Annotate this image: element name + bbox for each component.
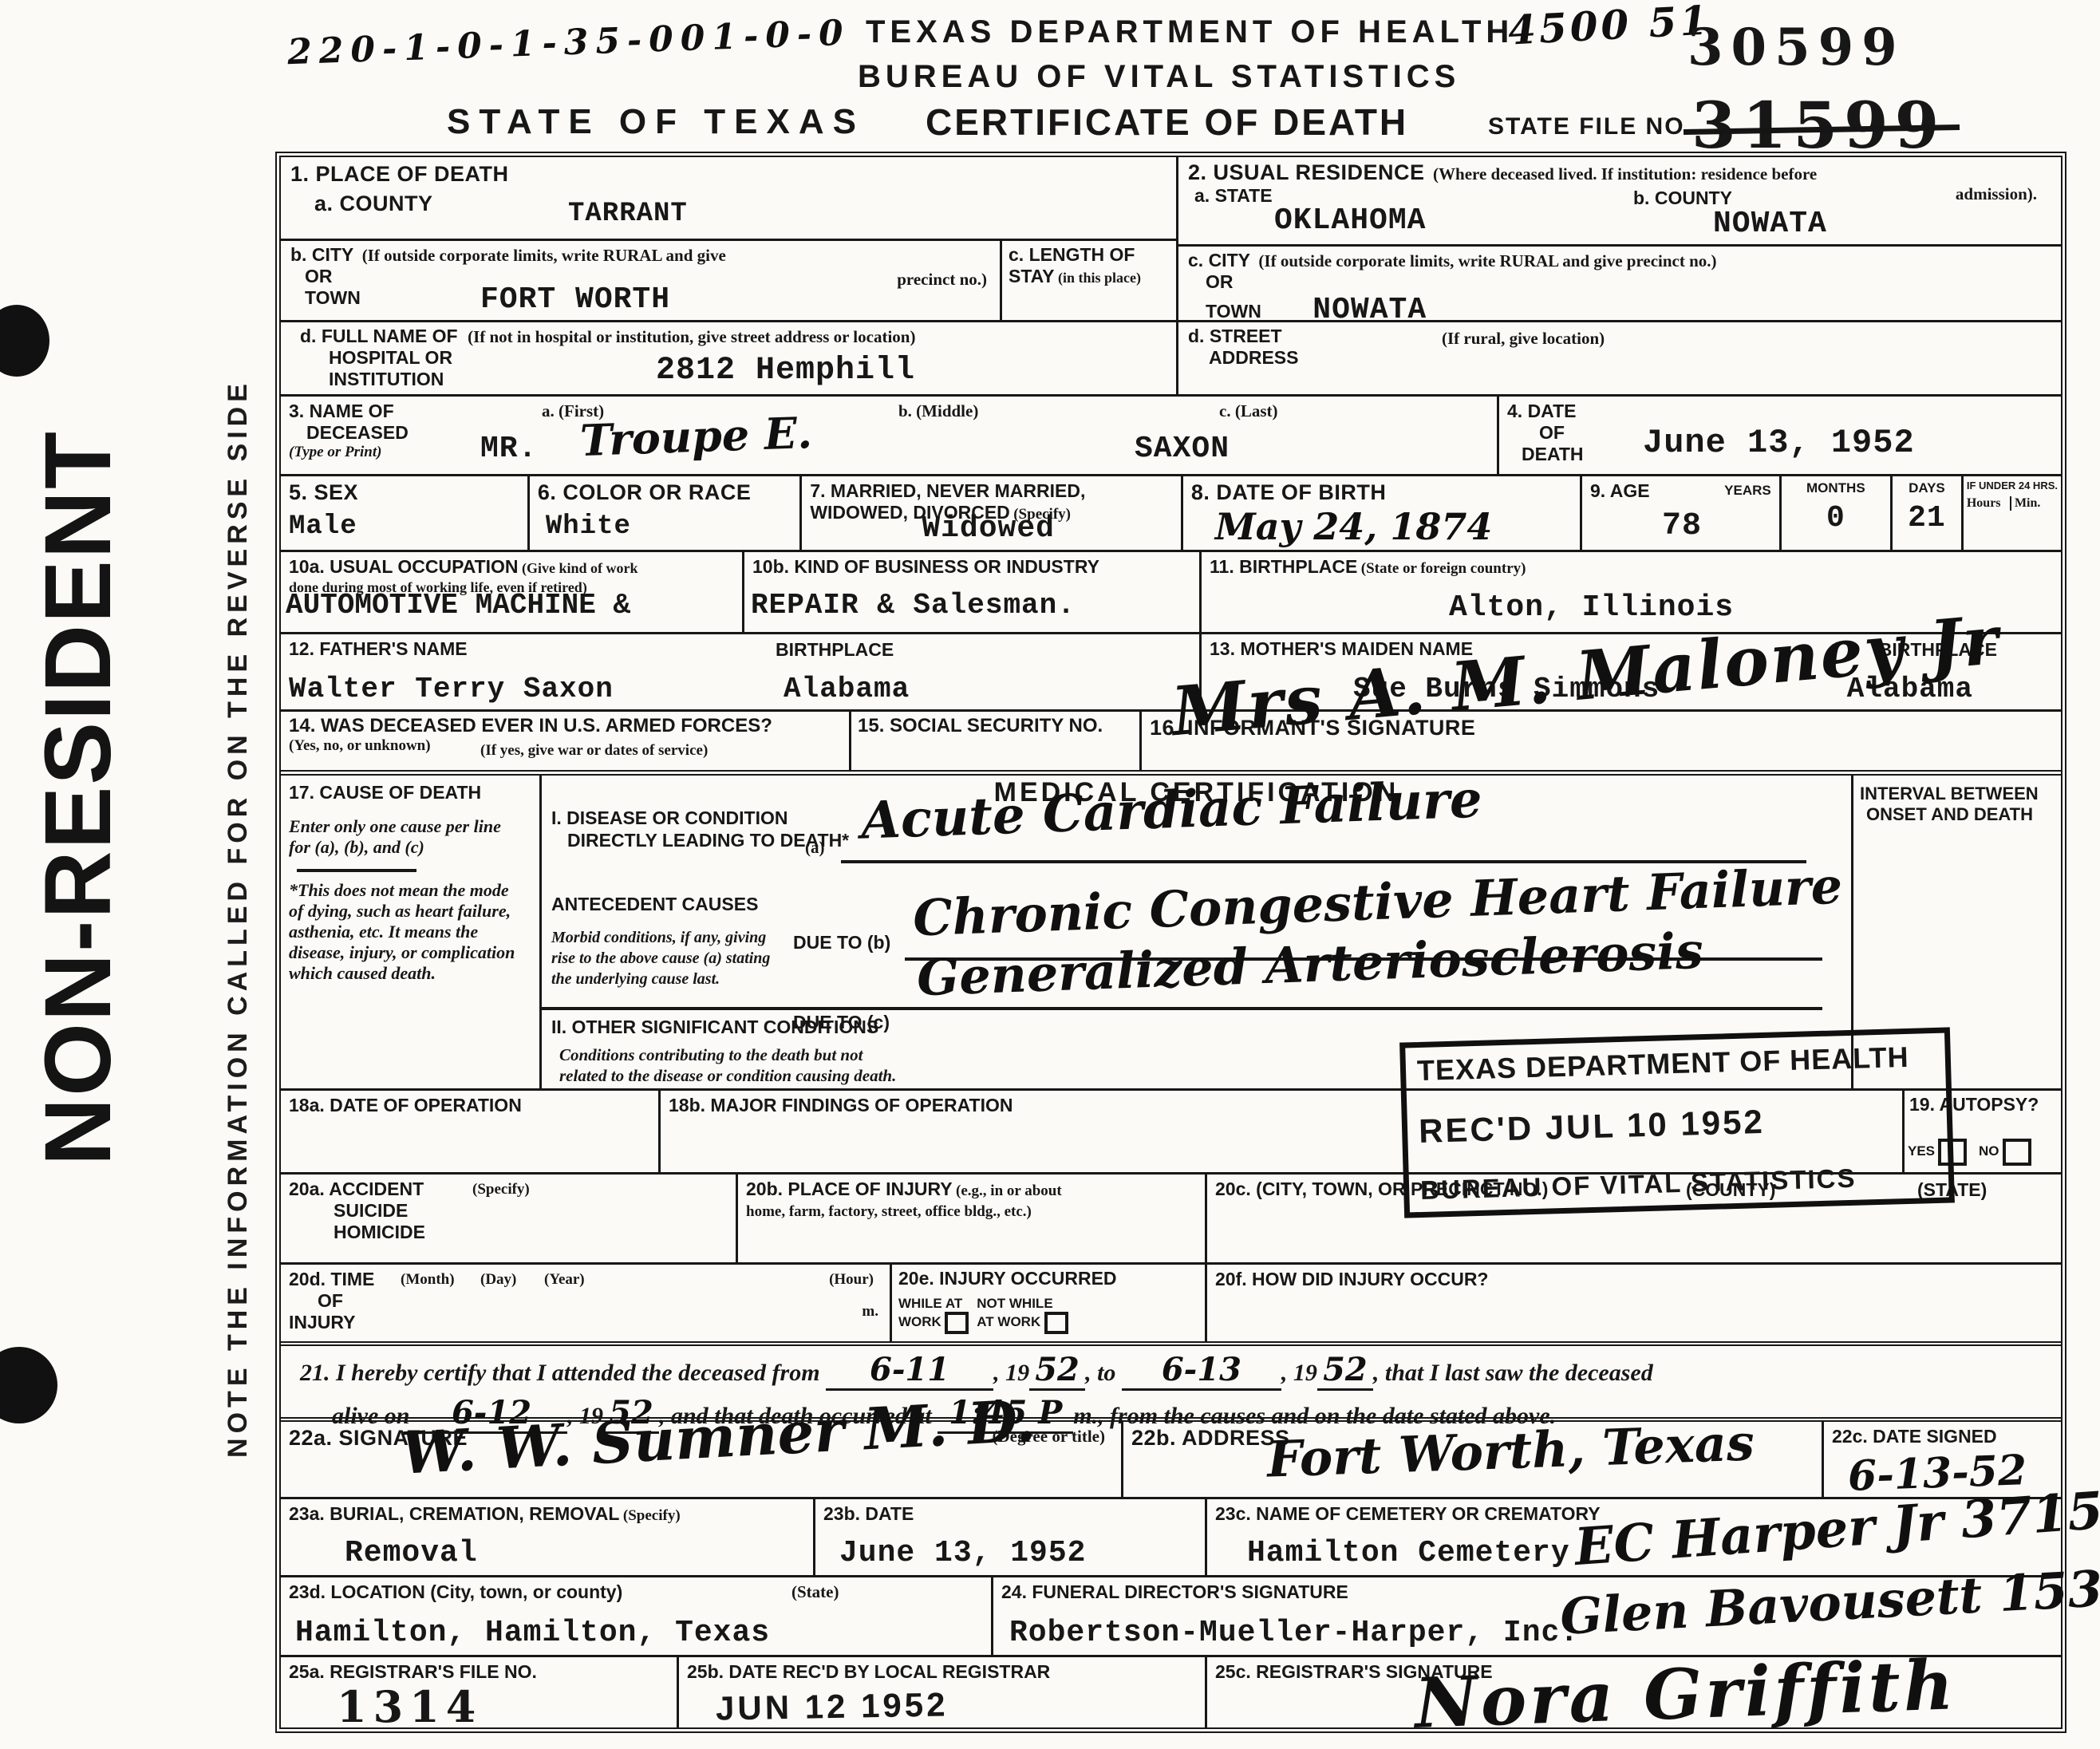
section-physician-address: 22b. ADDRESS Fort Worth, Texas bbox=[1123, 1422, 1824, 1497]
field-20a-note: (Specify) bbox=[472, 1181, 530, 1198]
section-date-of-operation: 18a. DATE OF OPERATION bbox=[281, 1091, 661, 1172]
field-20b-note: (e.g., in or about bbox=[956, 1182, 1062, 1199]
field-24-value: Robertson-Mueller-Harper, Inc. bbox=[1009, 1616, 1579, 1650]
field-1a-value: TARRANT bbox=[568, 199, 688, 229]
section-physician-signature: 22a. SIGNATURE (Degree or title) W. W. S… bbox=[281, 1422, 1123, 1497]
not-while-at-work-checkbox bbox=[1044, 1312, 1068, 1334]
section-fathers-name: 12. FATHER'S NAME BIRTHPLACE Walter Terr… bbox=[281, 634, 1202, 709]
field-1c-note: (in this place) bbox=[1058, 270, 1141, 286]
section-usual-occupation: 10a. USUAL OCCUPATION (Give kind of work… bbox=[281, 552, 744, 632]
field-20a-label2: SUICIDE bbox=[334, 1200, 728, 1222]
field-1c-label2: STAY bbox=[1009, 266, 1055, 286]
certify-to-year: 52 bbox=[1323, 1351, 1368, 1388]
field-11-label: 11. BIRTHPLACE bbox=[1210, 556, 1357, 577]
field-1b-label: b. CITY bbox=[290, 244, 353, 265]
field-6-label: 6. COLOR OR RACE bbox=[538, 480, 791, 505]
section-burial-location: 23d. LOCATION (City, town, or county) (S… bbox=[281, 1577, 993, 1655]
field-1b-value: FORT WORTH bbox=[480, 282, 670, 317]
field-20d-label2: OF bbox=[318, 1290, 882, 1312]
section-physician-certification: 21. I hereby certify that I attended the… bbox=[281, 1346, 2061, 1417]
field-7-label: 7. MARRIED, NEVER MARRIED, bbox=[810, 480, 1173, 502]
field-25b-value-stamped: JUN 12 1952 bbox=[716, 1685, 949, 1727]
field-2b-label: b. COUNTY bbox=[1633, 188, 1732, 209]
field-20d-year: (Year) bbox=[544, 1271, 585, 1289]
section-registrar-file-no: 25a. REGISTRAR'S FILE NO. 1314 bbox=[281, 1657, 679, 1727]
field-12-birthplace-label: BIRTHPLACE bbox=[776, 639, 894, 661]
section-age-under-24: IF UNDER 24 HRS. Hours Min. bbox=[1964, 476, 2061, 550]
field-2c-note: (If outside corporate limits, write RURA… bbox=[1258, 251, 1716, 270]
field-20b-label: 20b. PLACE OF INJURY bbox=[746, 1179, 953, 1199]
field-2c-label: c. CITY bbox=[1188, 250, 1250, 270]
field-10a-label: 10a. USUAL OCCUPATION bbox=[289, 556, 519, 577]
field-2a-value: OKLAHOMA bbox=[1274, 203, 1426, 238]
received-stamp-line1: TEXAS DEPARTMENT OF HEALTH bbox=[1416, 1040, 1934, 1088]
field-5-value: Male bbox=[289, 511, 519, 542]
header-code-handwritten: 220-1-0-1-35-001-0-0 bbox=[286, 13, 851, 73]
field-2-title: 2. USUAL RESIDENCE bbox=[1188, 160, 1425, 184]
field-23c-value: Hamilton Cemetery bbox=[1247, 1536, 1570, 1570]
field-6-value: White bbox=[546, 511, 791, 542]
field-1a-label: a. COUNTY bbox=[314, 191, 1166, 216]
header-bureau: BUREAU OF VITAL STATISTICS bbox=[858, 59, 1460, 95]
physician-address-handwritten: Fort Worth, Texas bbox=[1266, 1413, 1755, 1488]
field-1b-note2: precinct no.) bbox=[897, 270, 987, 290]
field-23d-state-note: (State) bbox=[791, 1582, 839, 1602]
field-9-days-label: DAYS bbox=[1896, 480, 1958, 496]
field-3-title: 3. NAME OF bbox=[289, 401, 1489, 422]
field-9-under24-label: IF UNDER 24 HRS. bbox=[1967, 480, 2058, 492]
field-20b-note2: home, farm, factory, street, office bldg… bbox=[746, 1203, 1197, 1221]
certify-text-5: , that I last saw the deceased bbox=[1373, 1360, 1653, 1386]
field-part1-a-label: (a) bbox=[805, 838, 825, 858]
certify-to-date: 6-13 bbox=[1162, 1351, 1241, 1388]
field-10a-value: AUTOMOTIVE MACHINE & bbox=[286, 589, 630, 622]
interval-label-line1: INTERVAL BETWEEN bbox=[1860, 784, 2055, 804]
field-11-note: (State or foreign country) bbox=[1361, 560, 1526, 577]
autopsy-no-checkbox bbox=[2003, 1139, 2031, 1166]
field-1d-note: (If not in hospital or institution, give… bbox=[468, 327, 915, 346]
reverse-side-note-text: NOTE THE INFORMATION CALLED FOR ON THE R… bbox=[223, 379, 253, 1458]
scanned-death-certificate: { "header": { "code_hand": "220-1-0-1-35… bbox=[0, 0, 2100, 1749]
header-handwritten-number: 4500 51 bbox=[1507, 0, 1712, 54]
field-25a-value: 1314 bbox=[337, 1681, 482, 1732]
field-4-label: 4. DATE bbox=[1507, 401, 2053, 422]
field-1b-note: (If outside corporate limits, write RURA… bbox=[362, 246, 726, 265]
section-time-of-injury: 20d. TIME (Month) (Day) (Year) (Hour) OF… bbox=[281, 1265, 892, 1341]
section-burial-removal: 23a. BURIAL, CREMATION, REMOVAL (Specify… bbox=[281, 1499, 815, 1575]
certify-text-1: 21. I hereby certify that I attended the… bbox=[300, 1360, 820, 1386]
antecedent-note1: Morbid conditions, if any, giving bbox=[551, 929, 766, 947]
received-stamp-line3: BUREAU OF VITAL STATISTICS bbox=[1420, 1161, 1938, 1206]
field-9-min-label: Min. bbox=[2011, 496, 2058, 511]
field-3-first-name-handwritten: Troupe E. bbox=[579, 407, 813, 466]
section-accident-suicide-homicide: 20a. ACCIDENT (Specify) SUICIDE HOMICIDE bbox=[281, 1175, 738, 1262]
field-14-note2: (If yes, give war or dates of service) bbox=[480, 742, 708, 760]
interval-label-line2: ONSET AND DEATH bbox=[1866, 804, 2055, 825]
section-divider-line bbox=[542, 1007, 1822, 1010]
field-9-days-value: 21 bbox=[1896, 501, 1958, 535]
section-date-received: 25b. DATE REC'D BY LOCAL REGISTRAR JUN 1… bbox=[679, 1657, 1207, 1727]
antecedent-note3: the underlying cause last. bbox=[551, 970, 720, 989]
field-1d-label: d. FULL NAME OF bbox=[300, 326, 458, 346]
section-registrar-signature: 25c. REGISTRAR'S SIGNATURE Nora Griffith bbox=[1207, 1657, 2061, 1727]
other-significant-note2: related to the disease or condition caus… bbox=[559, 1066, 896, 1086]
autopsy-no-label: NO bbox=[1979, 1143, 1999, 1159]
field-4-value: June 13, 1952 bbox=[1643, 424, 1915, 462]
section-burial-date: 23b. DATE June 13, 1952 bbox=[815, 1499, 1207, 1575]
header-dept: TEXAS DEPARTMENT OF HEALTH bbox=[866, 14, 1514, 50]
field-12-label: 12. FATHER'S NAME bbox=[289, 638, 468, 659]
field-2-note2: admission). bbox=[1956, 184, 2037, 204]
field-2a-label: a. STATE bbox=[1194, 185, 1273, 206]
field-9-hours-label: Hours bbox=[1967, 496, 2011, 511]
field-20d-day: (Day) bbox=[480, 1271, 516, 1289]
antecedent-causes-label: ANTECEDENT CAUSES bbox=[551, 894, 758, 915]
section-kind-of-business: 10b. KIND OF BUSINESS OR INDUSTRY REPAIR… bbox=[744, 552, 1202, 632]
field-20d-label3: INJURY bbox=[289, 1312, 882, 1333]
field-20e-not-1: NOT WHILE bbox=[977, 1296, 1068, 1312]
field-12-birthplace-value: Alabama bbox=[784, 673, 910, 705]
section-funeral-director: 24. FUNERAL DIRECTOR'S SIGNATURE Roberts… bbox=[993, 1577, 2061, 1655]
other-significant-conditions-label: II. OTHER SIGNIFICANT CONDITIONS bbox=[551, 1017, 878, 1038]
section-age-days: DAYS 21 bbox=[1893, 476, 1964, 550]
field-11-value: Alton, Illinois bbox=[1449, 590, 1734, 625]
field-14-note: (Yes, no, or unknown) bbox=[289, 737, 431, 754]
field-20d-hour: (Hour) bbox=[829, 1271, 874, 1289]
field-9-months-label: MONTHS bbox=[1786, 480, 1885, 496]
field-3-prefix-value: MR. bbox=[480, 432, 537, 466]
field-22c-label: 22c. DATE SIGNED bbox=[1832, 1426, 2053, 1447]
field-20a-label: 20a. ACCIDENT bbox=[289, 1179, 424, 1199]
field-23a-note: (Specify) bbox=[623, 1507, 681, 1524]
section-injury-occurred: 20e. INJURY OCCURRED WHILE AT WORK NOT W… bbox=[892, 1265, 1207, 1341]
section-date-of-death: 4. DATE OF DEATH June 13, 1952 bbox=[1499, 397, 2061, 474]
field-20a-label3: HOMICIDE bbox=[334, 1222, 728, 1243]
field-20e-not-2: AT WORK bbox=[977, 1314, 1040, 1329]
section-usual-residence: 2. USUAL RESIDENCE (Where deceased lived… bbox=[1178, 157, 2061, 394]
header-state-of-texas: STATE OF TEXAS bbox=[447, 102, 865, 142]
header-stamp-number: 30599 bbox=[1687, 18, 1905, 77]
section-place-of-injury: 20b. PLACE OF INJURY (e.g., in or about … bbox=[738, 1175, 1207, 1262]
field-2-note: (Where deceased lived. If institution: r… bbox=[1433, 164, 1817, 184]
section-age: 9. AGE YEARS 78 bbox=[1582, 476, 1782, 550]
while-at-work-checkbox bbox=[945, 1312, 969, 1334]
field-10b-label: 10b. KIND OF BUSINESS OR INDUSTRY bbox=[752, 556, 1191, 578]
section-cemetery-name: 23c. NAME OF CEMETERY OR CREMATORY Hamil… bbox=[1207, 1499, 2061, 1575]
field-1d-value: 2812 Hemphill bbox=[656, 353, 915, 389]
header: 220-1-0-1-35-001-0-0 TEXAS DEPARTMENT OF… bbox=[0, 0, 2100, 75]
field-9-label: 9. AGE bbox=[1590, 480, 1650, 501]
reverse-side-note: NOTE THE INFORMATION CALLED FOR ON THE R… bbox=[223, 232, 256, 1605]
certify-from-date: 6-11 bbox=[870, 1351, 949, 1388]
field-9-years-value: 78 bbox=[1662, 508, 1702, 544]
field-23a-value: Removal bbox=[345, 1536, 478, 1570]
section-armed-forces: 14. WAS DECEASED EVER IN U.S. ARMED FORC… bbox=[281, 712, 851, 770]
field-23d-label: 23d. LOCATION (City, town, or county) bbox=[289, 1581, 622, 1602]
field-23b-value: June 13, 1952 bbox=[839, 1536, 1086, 1570]
registrar-signature-handwritten: Nora Griffith bbox=[1413, 1644, 1957, 1744]
field-20e-label: 20e. INJURY OCCURRED bbox=[898, 1268, 1198, 1289]
field-23a-label: 23a. BURIAL, CREMATION, REMOVAL bbox=[289, 1503, 619, 1524]
received-stamp-line2: REC'D JUL 10 1952 bbox=[1419, 1098, 1936, 1151]
field-2d-label: d. STREET bbox=[1188, 326, 2051, 347]
field-3-title3: (Type or Print) bbox=[289, 444, 1489, 461]
field-part1-label: I. DISEASE OR CONDITION bbox=[551, 807, 787, 829]
field-3c-label: c. (Last) bbox=[1219, 401, 1277, 421]
field-20d-month: (Month) bbox=[401, 1271, 455, 1289]
field-2c-or: OR bbox=[1206, 271, 2051, 293]
field-20d-label: 20d. TIME bbox=[289, 1269, 374, 1289]
field-9-years-label: YEARS bbox=[1724, 483, 1771, 499]
field-2b-value: NOWATA bbox=[1713, 207, 1827, 241]
field-10a-note: (Give kind of work bbox=[522, 560, 638, 576]
field-3b-label: b. (Middle) bbox=[898, 401, 978, 421]
field-9-months-value: 0 bbox=[1786, 501, 1885, 535]
non-resident-text: NON-RESIDENT bbox=[26, 430, 131, 1166]
field-17-note2: *This does not mean the mode of dying, s… bbox=[289, 880, 524, 984]
field-20d-m: m. bbox=[862, 1303, 878, 1321]
header-state-file-no-label: STATE FILE NO. bbox=[1488, 113, 1693, 140]
section-color-or-race: 6. COLOR OR RACE White bbox=[530, 476, 802, 550]
section-cause-of-death-notes: 17. CAUSE OF DEATH Enter only one cause … bbox=[281, 776, 542, 1088]
section-name-of-deceased: 3. NAME OF DECEASED (Type or Print) a. (… bbox=[281, 397, 1499, 474]
header-certificate-title: CERTIFICATE OF DEATH bbox=[926, 101, 1408, 144]
certify-text-3: , to bbox=[1085, 1360, 1115, 1386]
field-20f-label: 20f. HOW DID INJURY OCCUR? bbox=[1215, 1269, 2053, 1290]
other-significant-note1: Conditions contributing to the death but… bbox=[559, 1045, 862, 1065]
field-12-value: Walter Terry Saxon bbox=[289, 673, 614, 705]
received-stamp: TEXAS DEPARTMENT OF HEALTH REC'D JUL 10 … bbox=[1399, 1027, 1955, 1218]
field-25b-label: 25b. DATE REC'D BY LOCAL REGISTRAR bbox=[687, 1661, 1197, 1683]
section-how-injury-occurred: 20f. HOW DID INJURY OCCUR? bbox=[1207, 1265, 2061, 1341]
field-2d-label2: ADDRESS bbox=[1209, 347, 2051, 369]
field-8-value: May 24, 1874 bbox=[1215, 505, 1493, 548]
certify-from-year: 52 bbox=[1035, 1351, 1080, 1388]
field-7-value: Widowed bbox=[922, 511, 1055, 546]
antecedent-note2: rise to the above cause (a) stating bbox=[551, 950, 770, 968]
field-14-label: 14. WAS DECEASED EVER IN U.S. ARMED FORC… bbox=[289, 715, 841, 737]
section-marital-status: 7. MARRIED, NEVER MARRIED, WIDOWED, DIVO… bbox=[802, 476, 1183, 550]
field-10b-value: REPAIR & Salesman. bbox=[751, 589, 1076, 622]
certify-text-2: , 19 bbox=[993, 1360, 1029, 1386]
non-resident-stamp: NON-RESIDENT bbox=[24, 319, 128, 1277]
field-3-last-name-value: SAXON bbox=[1135, 432, 1230, 466]
field-20e-while-2: WORK bbox=[898, 1314, 941, 1329]
punch-hole-bottom bbox=[0, 1347, 57, 1423]
section-place-of-death: 1. PLACE OF DEATH a. COUNTY TARRANT b. C… bbox=[281, 157, 1178, 394]
field-23b-label: 23b. DATE bbox=[823, 1503, 1197, 1525]
section-date-of-birth: 8. DATE OF BIRTH May 24, 1874 bbox=[1183, 476, 1582, 550]
certificate-form: 1. PLACE OF DEATH a. COUNTY TARRANT b. C… bbox=[275, 152, 2066, 1733]
field-23d-value: Hamilton, Hamilton, Texas bbox=[295, 1616, 770, 1650]
due-to-b-label: DUE TO (b) bbox=[793, 932, 890, 953]
field-18a-label: 18a. DATE OF OPERATION bbox=[289, 1095, 650, 1116]
field-17-label: 17. CAUSE OF DEATH bbox=[289, 782, 531, 803]
field-2d-note: (If rural, give location) bbox=[1442, 329, 1605, 349]
section-social-security: 15. SOCIAL SECURITY NO. bbox=[851, 712, 1142, 770]
field-25a-label: 25a. REGISTRAR'S FILE NO. bbox=[289, 1661, 669, 1683]
field-1-title: 1. PLACE OF DEATH bbox=[290, 162, 1166, 187]
section-sex: 5. SEX Male bbox=[281, 476, 530, 550]
field-15-label: 15. SOCIAL SECURITY NO. bbox=[858, 715, 1133, 737]
field-1c-label: c. LENGTH OF bbox=[1009, 244, 1170, 266]
field-20e-while-1: WHILE AT bbox=[898, 1296, 969, 1312]
field-8-label: 8. DATE OF BIRTH bbox=[1191, 480, 1572, 505]
certify-text-4: , 19 bbox=[1281, 1360, 1317, 1386]
field-17-note1: Enter only one cause per line for (a), (… bbox=[289, 816, 520, 858]
field-5-label: 5. SEX bbox=[289, 480, 519, 505]
field-2c-town: TOWN bbox=[1206, 301, 1261, 322]
section-age-months: MONTHS 0 bbox=[1782, 476, 1893, 550]
